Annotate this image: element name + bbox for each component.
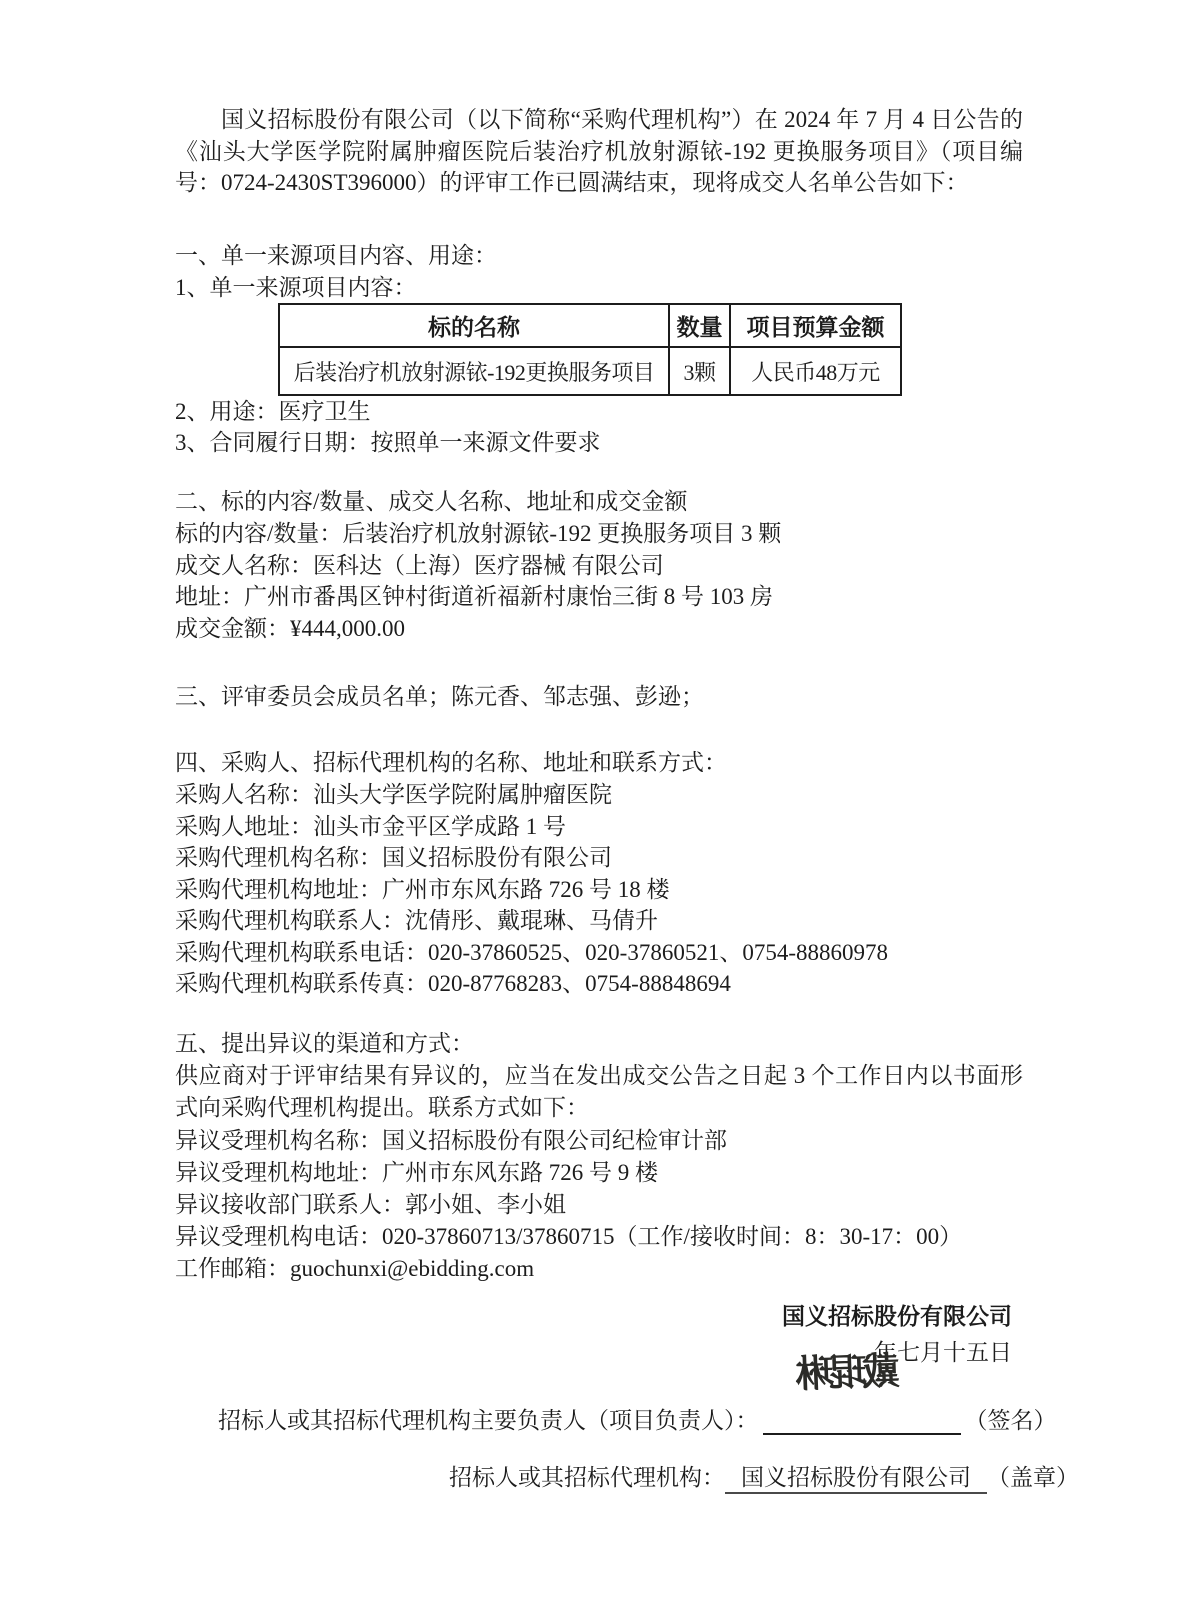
- section2-line-amount: 成交金额：¥444,000.00: [175, 613, 1023, 645]
- section2-line-address: 地址：广州市番禺区钟村街道祈福新村康怡三街 8 号 103 房: [175, 581, 1023, 613]
- section1-item2: 2、用途：医疗卫生: [175, 396, 1023, 428]
- table-row: 后装治疗机放射源铱-192更换服务项目 3颗 人民币48万元: [279, 347, 901, 395]
- section4-line-buyer-name: 采购人名称：汕头大学医学院附属肿瘤医院: [175, 779, 1023, 811]
- procurement-table: 标的名称 数量 项目预算金额 后装治疗机放射源铱-192更换服务项目 3颗 人民…: [278, 303, 902, 396]
- section4-line-agency-address: 采购代理机构地址：广州市东风东路 726 号 18 楼: [175, 874, 1023, 906]
- signature-blank-line: [763, 1408, 961, 1435]
- section5-body: 供应商对于评审结果有异议的，应当在发出成交公告之日起 3 个工作日内以书面形式向…: [175, 1060, 1023, 1123]
- section2-heading: 二、标的内容/数量、成交人名称、地址和成交金额: [175, 486, 1023, 518]
- section5-line-objection-address: 异议受理机构地址：广州市东风东路 726 号 9 楼: [175, 1157, 1023, 1189]
- section4-line-agency-phones: 采购代理机构联系电话：020-37860525、020-37860521、075…: [175, 937, 1023, 969]
- table-header-row: 标的名称 数量 项目预算金额: [279, 304, 901, 347]
- footer-line2-suffix: （盖章）: [987, 1465, 1079, 1490]
- section4-line-agency-fax: 采购代理机构联系传真：020-87768283、0754-88848694: [175, 968, 1023, 1000]
- section4-line-agency-name: 采购代理机构名称：国义招标股份有限公司: [175, 842, 1023, 874]
- table-cell-subject: 后装治疗机放射源铱-192更换服务项目: [279, 347, 669, 395]
- intro-paragraph: 国义招标股份有限公司（以下简称“采购代理机构”）在 2024 年 7 月 4 日…: [175, 104, 1023, 199]
- section2-line-winner: 成交人名称：医科达（上海）医疗器械 有限公司: [175, 550, 1023, 582]
- section5-line-objection-contacts: 异议接收部门联系人：郭小姐、李小姐: [175, 1189, 1023, 1221]
- table-cell-budget: 人民币48万元: [730, 347, 901, 395]
- section1-item3: 3、合同履行日期：按照单一来源文件要求: [175, 427, 1023, 459]
- section4-heading: 四、采购人、招标代理机构的名称、地址和联系方式：: [175, 747, 1023, 779]
- section5-line-objection-org: 异议受理机构名称：国义招标股份有限公司纪检审计部: [175, 1125, 1023, 1157]
- section3-heading: 三、评审委员会成员名单；陈元香、邹志强、彭逊；: [175, 681, 1023, 713]
- section2-line-subject: 标的内容/数量：后装治疗机放射源铱-192 更换服务项目 3 颗: [175, 518, 1023, 550]
- table-header-quantity: 数量: [669, 304, 730, 347]
- section1-heading: 一、单一来源项目内容、用途：: [175, 240, 1023, 272]
- handwritten-signature: 戴琨琳: [759, 1350, 901, 1405]
- footer-line1-suffix: （签名）: [965, 1408, 1057, 1433]
- section5-line-work-email: 工作邮箱：guochunxi@ebidding.com: [175, 1253, 1023, 1285]
- section4-line-buyer-address: 采购人地址：汕头市金平区学成路 1 号: [175, 811, 1023, 843]
- footer-stamp-line: 招标人或其招标代理机构：国义招标股份有限公司（盖章）: [449, 1462, 1079, 1494]
- footer-line1-label: 招标人或其招标代理机构主要负责人（项目负责人）：: [218, 1408, 759, 1433]
- section5-line-objection-phone: 异议受理机构电话：020-37860713/37860715（工作/接收时间：8…: [175, 1221, 1023, 1253]
- table-header-subject: 标的名称: [279, 304, 669, 347]
- footer-signature-line: 招标人或其招标代理机构主要负责人（项目负责人）：（签名）: [218, 1405, 1057, 1437]
- table-header-budget: 项目预算金额: [730, 304, 901, 347]
- section1-item1: 1、单一来源项目内容：: [175, 272, 1023, 304]
- footer-agency-name-underlined: 国义招标股份有限公司: [725, 1465, 987, 1494]
- section4-line-agency-contacts: 采购代理机构联系人：沈倩彤、戴琨琳、马倩升: [175, 905, 1023, 937]
- footer-line2-label: 招标人或其招标代理机构：: [449, 1465, 725, 1490]
- section5-heading: 五、提出异议的渠道和方式：: [175, 1028, 1023, 1060]
- signoff-company-name: 国义招标股份有限公司: [592, 1301, 1012, 1333]
- announcement-document: 国义招标股份有限公司（以下简称“采购代理机构”）在 2024 年 7 月 4 日…: [0, 0, 1197, 1600]
- table-cell-quantity: 3颗: [669, 347, 730, 395]
